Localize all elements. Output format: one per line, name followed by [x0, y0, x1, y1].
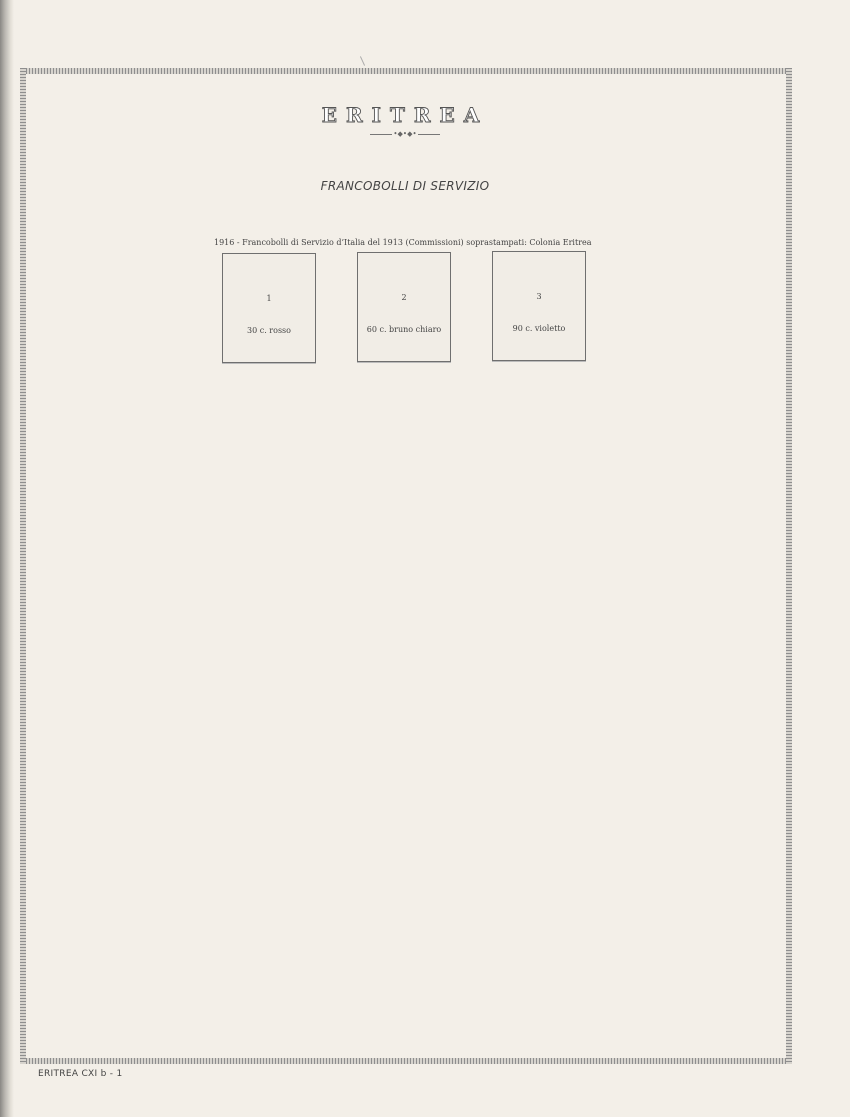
- stamp-number: 2: [358, 293, 450, 302]
- stamp-label: 30 c. rosso: [223, 326, 315, 335]
- border-top: [20, 68, 792, 74]
- stamp-number: 3: [493, 292, 585, 301]
- stamp-label: 60 c. bruno chiaro: [358, 325, 450, 334]
- stamp-slot-3: 3 90 c. violetto: [492, 251, 586, 361]
- issue-description: 1916 - Francobolli di Servizio d’Italia …: [214, 238, 614, 247]
- title-ornament-divider: •◆•◆•: [370, 133, 440, 136]
- stamp-number: 1: [223, 294, 315, 303]
- stamp-label: 90 c. violetto: [493, 324, 585, 333]
- section-title: FRANCOBOLLI DI SERVIZIO: [0, 179, 810, 193]
- page-code-footer: ERITREA CXI b - 1: [38, 1069, 123, 1079]
- binding-shadow: [0, 0, 14, 1117]
- border-right: [786, 68, 792, 1064]
- paper-mark: [360, 56, 365, 65]
- ornament-line-right: [418, 134, 440, 135]
- page-border-frame: [20, 68, 792, 1064]
- ornament-line-left: [370, 134, 392, 135]
- border-left: [20, 68, 26, 1064]
- border-bottom: [20, 1058, 792, 1064]
- country-title: ERITREA: [0, 103, 810, 127]
- stamp-slot-2: 2 60 c. bruno chiaro: [357, 252, 451, 362]
- stamp-slot-1: 1 30 c. rosso: [222, 253, 316, 363]
- ornament-dots-icon: •◆•◆•: [392, 133, 417, 136]
